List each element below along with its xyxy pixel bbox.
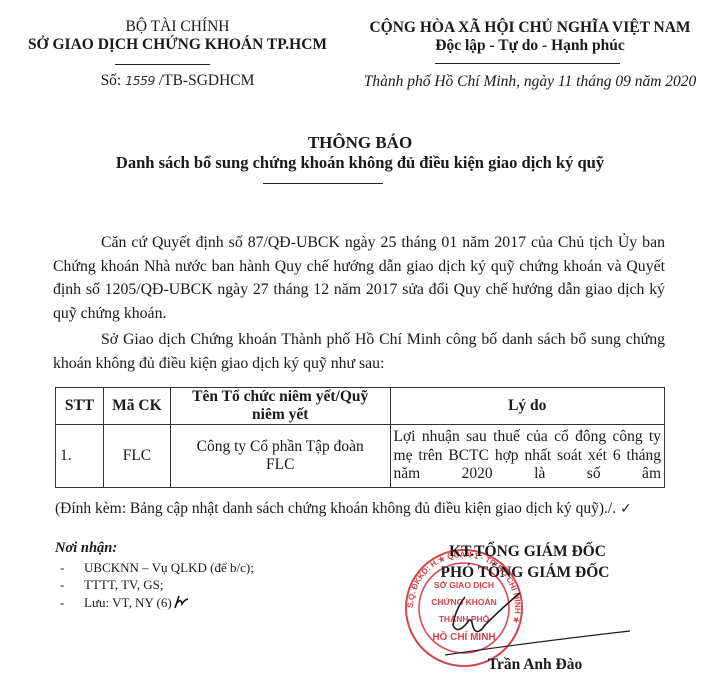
recipient-item: -TTTT, TV, GS;: [60, 576, 163, 593]
securities-table: STT Mã CK Tên Tổ chức niêm yết/Quỹ niêm …: [55, 387, 665, 488]
place-date: Thành phố Hồ Chí Minh, ngày 11 tháng 09 …: [340, 73, 720, 91]
initial-mark-icon: ✓: [620, 501, 632, 517]
handwritten-signature-icon: [445, 585, 635, 665]
number-handwritten: 1559: [125, 73, 155, 88]
bullet-dash: -: [60, 559, 84, 576]
signer-name: Trần Anh Đào: [455, 656, 615, 674]
header-stt: STT: [56, 388, 104, 425]
number-suffix: /TB-SGDHCM: [155, 72, 254, 89]
legal-basis-paragraph: Căn cứ Quyết định số 87/QĐ-UBCK ngày 25 …: [53, 231, 665, 325]
initial-scribble-icon: [172, 595, 190, 609]
bullet-dash: -: [60, 594, 84, 611]
organization-name: SỞ GIAO DỊCH CHỨNG KHOÁN TP.HCM: [0, 36, 355, 54]
cell-name: Công ty Cổ phần Tập đoàn FLC: [170, 425, 390, 488]
recipient-item: -Lưu: VT, NY (6): [60, 594, 190, 611]
recipient-text: TTTT, TV, GS;: [84, 577, 163, 592]
title-divider: [263, 183, 383, 184]
signature-title-line2: PHÓ TỔNG GIÁM ĐỐC: [415, 564, 635, 582]
bullet-dash: -: [60, 576, 84, 593]
header-right-divider: [435, 63, 620, 64]
signature-title-line1: KT.TỔNG GIÁM ĐỐC: [425, 543, 630, 561]
document-subject: Danh sách bổ sung chứng khoán không đủ đ…: [0, 153, 720, 173]
attachment-text: (Đính kèm: Bảng cập nhật danh sách chứng…: [55, 500, 616, 517]
recipients-label: Nơi nhận:: [55, 540, 117, 557]
cell-stt: 1.: [56, 425, 104, 488]
recipient-item: -UBCKNN – Vụ QLKD (để b/c);: [60, 559, 254, 576]
attachment-note: (Đính kèm: Bảng cập nhật danh sách chứng…: [55, 500, 695, 518]
parent-agency: BỘ TÀI CHÍNH: [0, 18, 355, 36]
announcement-paragraph: Sở Giao dịch Chứng khoán Thành phố Hồ Ch…: [53, 328, 665, 375]
header-reason: Lý do: [390, 388, 664, 425]
table-row: 1. FLC Công ty Cổ phần Tập đoàn FLC Lợi …: [56, 425, 665, 488]
table-header-row: STT Mã CK Tên Tổ chức niêm yết/Quỹ niêm …: [56, 388, 665, 425]
cell-code: FLC: [103, 425, 170, 488]
nation-name: CỘNG HÒA XÃ HỘI CHỦ NGHĨA VIỆT NAM: [340, 19, 720, 37]
number-prefix: Số:: [101, 72, 126, 89]
national-motto: Độc lập - Tự do - Hạnh phúc: [340, 37, 720, 55]
header-name: Tên Tổ chức niêm yết/Quỹ niêm yết: [170, 388, 390, 425]
recipient-text: Lưu: VT, NY (6): [84, 595, 172, 610]
cell-reason: Lợi nhuận sau thuế của cổ đông công ty m…: [390, 425, 664, 488]
document-number: Số: 1559 /TB-SGDHCM: [0, 72, 355, 90]
recipient-text: UBCKNN – Vụ QLKD (để b/c);: [84, 560, 254, 575]
header-left-divider: [115, 64, 210, 65]
header-code: Mã CK: [103, 388, 170, 425]
document-type: THÔNG BÁO: [0, 133, 720, 153]
